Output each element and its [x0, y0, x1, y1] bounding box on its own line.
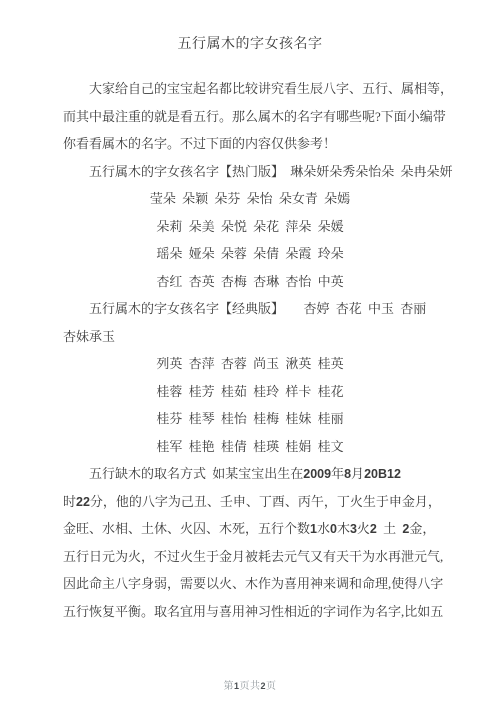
bold-text-run: 3: [350, 522, 357, 536]
text-run: 月: [351, 466, 364, 481]
text-line: 杏红 杏英 杏梅 杏琳 杏怡 中英: [63, 268, 437, 296]
text-line: 金旺、水相、土休、火囚、木死，五行个数1水0木3火2 土 2金，: [63, 515, 437, 543]
text-run: 页: [266, 681, 277, 692]
text-line: 时22分，他的八字为己丑、壬申、丁酉、丙午，丁火生于申金月，: [63, 488, 437, 516]
text-line: 因此命主八字身弱，需要以火、木作为喜用神来调和命理,使得八字: [63, 570, 437, 598]
text-run: 桂军 桂艳 桂倩 桂瑛 桂娟 桂文: [156, 439, 343, 454]
text-line: 五行属木的字女孩名字【经典版】 杏婷 杏花 中玉 杏丽: [63, 295, 437, 323]
bold-text-run: 1: [310, 522, 317, 536]
text-line: 列英 杏萍 杏蓉 尚玉 湫英 桂英: [63, 350, 437, 378]
text-line: 朵莉 朵美 朵悦 朵花 萍朵 朵媛: [63, 213, 437, 241]
text-line: 桂蓉 桂芳 桂茹 桂玲 样卡 桂花: [63, 378, 437, 406]
text-line: 杏妹承玉: [63, 323, 437, 351]
text-run: 第: [223, 681, 234, 692]
text-line: 五行属木的字女孩名字【热门版】 琳朵妍朵秀朵怡朵 朵冉朵妍: [63, 158, 437, 186]
text-run: 你看看属木的名字。不过下面的内容仅供参考！: [63, 136, 336, 151]
text-run: 大家给自己的宝宝起名都比较讲究看生辰八字、五行、属相等，: [89, 81, 453, 96]
bold-text-run: 20B12: [364, 467, 401, 481]
text-line: 你看看属木的名字。不过下面的内容仅供参考！: [63, 130, 437, 158]
text-line: 瑶朵 娅朵 朵蓉 朵倩 朵霞 玲朵: [63, 240, 437, 268]
text-run: 时: [63, 494, 76, 509]
text-run: 金，: [409, 521, 435, 536]
text-line: 莹朵 朵颖 朵芬 朵怡 朵女青 朵嫣: [63, 185, 437, 213]
text-run: 水: [317, 521, 330, 536]
text-run: 年: [331, 466, 344, 481]
text-run: 莹朵 朵颖 朵芬 朵怡 朵女青 朵嫣: [150, 191, 350, 206]
text-run: 五行恢复平衡。取名宜用与喜用神习性相近的字词作为名字,比如五: [63, 604, 443, 619]
text-run: 木: [337, 521, 350, 536]
text-run: 金旺、水相、土休、火囚、木死，五行个数: [63, 521, 310, 536]
page-title: 五行属木的字女孩名字: [0, 35, 500, 55]
text-run: 桂芬 桂琴 桂怡 桂梅 桂妹 桂丽: [156, 411, 343, 426]
bold-text-run: 0: [330, 522, 337, 536]
text-run: 杏红 杏英 杏梅 杏琳 杏怡 中英: [156, 274, 343, 289]
text-run: 桂蓉 桂芳 桂茹 桂玲 样卡 桂花: [156, 384, 343, 399]
text-run: 而其中最注重的就是看五行。那么属木的名字有哪些呢?下面小编带: [63, 109, 446, 124]
text-run: 五行属木的字女孩名字【经典版】 杏婷 杏花 中玉 杏丽: [89, 301, 426, 316]
text-run: 土: [377, 521, 403, 536]
page-indicator: 第1页共2页: [0, 677, 500, 692]
text-run: 杏妹承玉: [63, 329, 115, 344]
text-run: 朵莉 朵美 朵悦 朵花 萍朵 朵媛: [156, 219, 343, 234]
text-line: 桂军 桂艳 桂倩 桂瑛 桂娟 桂文: [63, 433, 437, 461]
bold-text-run: 2: [370, 522, 377, 536]
document-body: 大家给自己的宝宝起名都比较讲究看生辰八字、五行、属相等，而其中最注重的就是看五行…: [0, 75, 500, 625]
bold-text-run: 2009: [303, 467, 331, 481]
text-line: 大家给自己的宝宝起名都比较讲究看生辰八字、五行、属相等，: [63, 75, 437, 103]
bold-text-run: 8: [344, 467, 351, 481]
text-run: 火: [357, 521, 370, 536]
document-page: 五行属木的字女孩名字 大家给自己的宝宝起名都比较讲究看生辰八字、五行、属相等，而…: [0, 0, 500, 707]
text-line: 五行恢复平衡。取名宜用与喜用神习性相近的字词作为名字,比如五: [63, 598, 437, 626]
text-line: 而其中最注重的就是看五行。那么属木的名字有哪些呢?下面小编带: [63, 103, 437, 131]
text-run: 瑶朵 娅朵 朵蓉 朵倩 朵霞 玲朵: [156, 246, 343, 261]
text-run: 五行日元为火，不过火生于金月被耗去元气又有天干为水再泄元气,: [63, 549, 443, 564]
text-run: 五行属木的字女孩名字【热门版】 琳朵妍朵秀朵怡朵 朵冉朵妍: [89, 164, 453, 179]
bold-text-run: 22: [76, 495, 90, 509]
text-line: 五行日元为火，不过火生于金月被耗去元气又有天干为水再泄元气,: [63, 543, 437, 571]
text-run: 页共: [240, 681, 261, 692]
text-run: 因此命主八字身弱，需要以火、木作为喜用神来调和命理,使得八字: [63, 576, 443, 591]
text-run: 列英 杏萍 杏蓉 尚玉 湫英 桂英: [156, 356, 343, 371]
text-line: 五行缺木的取名方式 如某宝宝出生在2009年8月20B12: [63, 460, 437, 488]
text-line: 桂芬 桂琴 桂怡 桂梅 桂妹 桂丽: [63, 405, 437, 433]
text-run: 分，他的八字为己丑、壬申、丁酉、丙午，丁火生于申金月，: [90, 494, 441, 509]
text-run: 五行缺木的取名方式 如某宝宝出生在: [89, 466, 303, 481]
